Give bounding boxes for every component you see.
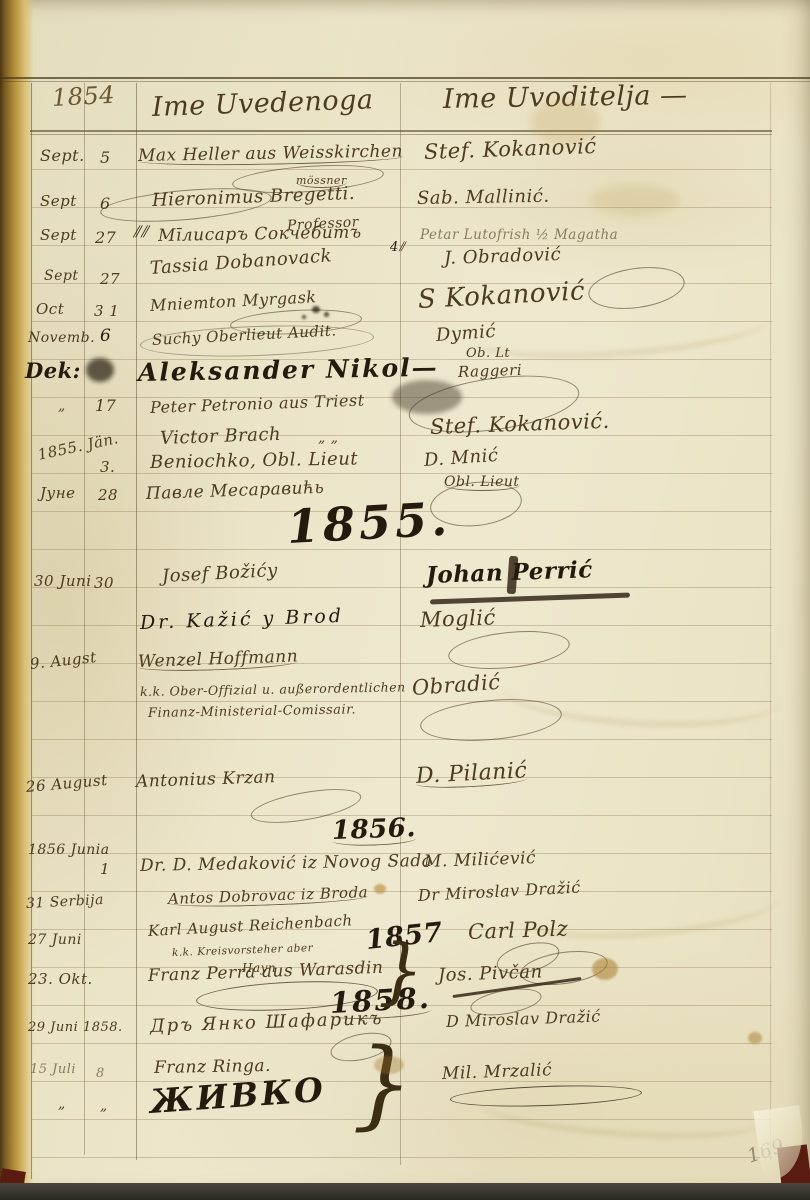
stain-dot	[374, 884, 386, 894]
introducer-signature: Dymić	[435, 321, 496, 346]
entry-month-ditto: „	[58, 398, 66, 414]
entry-month: 29 Juni 1858.	[28, 1020, 123, 1035]
entry-month: 27 Juni	[28, 932, 82, 948]
header-bottom-rule-2	[30, 134, 772, 135]
introducer-signature: Mil. Mrzalić	[442, 1060, 553, 1084]
header-top-rule-2	[0, 81, 810, 82]
ledger-page-scan: 1854 Ime Uvedenoga Ime Uvoditelja — Sept…	[0, 0, 810, 1200]
entry-month: Sept	[40, 192, 77, 210]
stain-dot	[748, 1032, 762, 1044]
stain-dot	[592, 958, 618, 980]
entry-day: 1	[100, 860, 110, 878]
entry-day: 17	[95, 396, 116, 415]
entry-month: 23. Okt.	[28, 970, 93, 988]
entry-day: 28	[98, 486, 118, 504]
entry-month: 1856 Junia	[28, 842, 110, 858]
introducer-signature: Moglić	[420, 605, 497, 632]
introducer-signature: Jos. Pivčan	[438, 961, 543, 986]
entry-day: 5	[100, 148, 111, 167]
entry-month-ditto: „	[58, 1096, 66, 1112]
introducer-signature: M. Milićević	[424, 848, 537, 872]
date-column-divider	[136, 83, 137, 1160]
entry-day-ditto: „	[100, 1098, 108, 1114]
entry-name: Мīлисаръ Сокчебитъ	[158, 222, 362, 246]
smudged-day	[86, 358, 114, 382]
header-bottom-rule	[30, 130, 772, 132]
entry-month: Novemb.	[28, 330, 95, 346]
year-heading-1855: 1855.	[286, 491, 453, 554]
header-top-rule	[0, 77, 810, 79]
ink-smudge	[392, 380, 462, 414]
introducer-signature: Petar Lutofrish ½ Magatha	[420, 227, 618, 243]
entry-day: 27	[100, 270, 120, 288]
stain-blotch	[374, 1056, 404, 1074]
entry-month: Sept.	[40, 146, 85, 165]
date-subcolumn-divider	[84, 83, 85, 1155]
entry-month: Sept	[44, 268, 78, 284]
entry-day: 6	[100, 326, 111, 346]
entry-name-line2: Victor Brach	[160, 424, 282, 449]
entry-month: 15 Juli	[30, 1062, 76, 1077]
introducer-signature: Carl Polz	[468, 917, 569, 944]
entry-marks: 4⫽	[390, 240, 405, 255]
entry-month: Sept	[40, 226, 77, 244]
stain-blotch	[590, 184, 680, 216]
entry-name: Aleksander Nikol—	[138, 353, 439, 387]
ditto-marks: „ „	[318, 430, 338, 446]
stain-blotch	[530, 100, 600, 144]
entry-day: 3.	[100, 458, 115, 476]
table-left-border	[31, 83, 32, 1179]
entry-day: 3 1	[94, 302, 119, 320]
entry-month: Јуне	[40, 484, 75, 502]
entry-name: Beniochko, Obl. Lieut	[150, 448, 358, 473]
book-spine-edge	[0, 0, 34, 1184]
ink-splatter	[302, 315, 306, 319]
introducer-signature: Sab. Mallinić.	[417, 186, 550, 209]
introducer-signature-line2: Ob. Lt	[466, 346, 510, 361]
entry-marks: ⫽⫽	[133, 222, 148, 242]
entry-month: Oct	[36, 300, 64, 318]
book-gutter-edge	[0, 1183, 810, 1200]
entry-day: 8	[96, 1066, 105, 1081]
year-header: 1854	[51, 81, 115, 112]
grouping-brace: }	[378, 928, 424, 1012]
entry-month: 30 Juni	[34, 572, 92, 590]
entry-month: Dek:	[25, 358, 81, 383]
entry-day: 27	[95, 228, 116, 247]
page-fold-line	[770, 83, 771, 1160]
year-heading-1856: 1856.	[331, 813, 416, 847]
ink-splatter	[312, 306, 320, 313]
introducer-signature: J. Obradović	[444, 244, 562, 269]
entry-day: 30	[94, 574, 114, 592]
ink-splatter	[324, 312, 329, 317]
